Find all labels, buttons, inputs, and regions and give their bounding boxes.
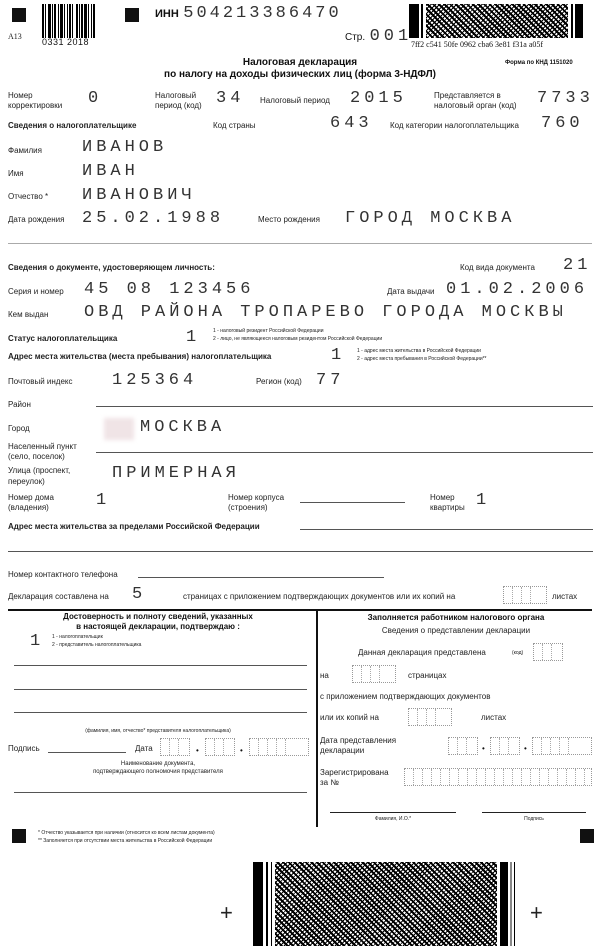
tax-period-label: Налоговый период — [260, 96, 330, 106]
locality-label-2: (село, поселок) — [8, 452, 65, 462]
date-month-input[interactable] — [205, 738, 235, 756]
submit-date-day-input[interactable] — [448, 737, 478, 755]
section-divider — [8, 609, 592, 611]
postal-value: 125364 — [112, 371, 197, 390]
birthdate-label: Дата рождения — [8, 215, 64, 225]
region-label: Регион (код) — [256, 377, 302, 387]
city-label: Город — [8, 424, 30, 434]
status-value: 1 — [186, 328, 200, 347]
inn-label: ИНН — [155, 8, 179, 20]
copies-count-input[interactable] — [408, 708, 452, 726]
code-label: (код) — [512, 650, 523, 656]
doc-name-line — [14, 792, 307, 793]
date-label: Дата — [135, 744, 153, 754]
crosshair-right-icon: + — [530, 902, 543, 924]
apartment-value: 1 — [476, 491, 490, 510]
foreign-address-line-1 — [300, 529, 593, 530]
address-type-label: Адрес места жительства (места пребывания… — [8, 352, 271, 362]
issued-by-label: Кем выдан — [8, 310, 48, 320]
name-value: ИВАН — [82, 162, 139, 181]
rep-line-2 — [14, 689, 307, 690]
tax-period-value: 2015 — [350, 89, 407, 108]
issued-by-value: ОВД РАЙОНА ТРОПАРЕВО ГОРОДА МОСКВЫ — [84, 303, 567, 322]
pages-suffix: страницах с приложением подтверждающих д… — [183, 592, 455, 602]
pdf417-barcode — [253, 862, 515, 946]
signature-label: Подпись — [8, 744, 40, 754]
birthplace-label: Место рождения — [258, 215, 320, 225]
document-subtitle: по налогу на доходы физических лиц (форм… — [0, 69, 600, 80]
correction-label: Номер корректировки — [8, 91, 78, 111]
office-pages-label: страницах — [408, 671, 446, 681]
copies-label: или их копий на — [320, 713, 379, 723]
street-label-1: Улица (проспект, — [8, 466, 70, 476]
period-code-label: Налоговый период (код) — [155, 91, 210, 111]
district-line — [96, 406, 593, 407]
crosshair-left-icon: + — [220, 902, 233, 924]
pages-value: 5 — [132, 585, 146, 604]
doc-name-label-1: Наименование документа, — [8, 760, 308, 768]
date-separator: • — [482, 744, 485, 753]
attach-label: с приложением подтверждающих документов — [320, 692, 490, 702]
issue-date-label: Дата выдачи — [387, 287, 435, 297]
street-label-2: переулок) — [8, 477, 45, 487]
tax-authority-label: Представляется в налоговый орган (код) — [434, 91, 534, 111]
sign-line — [482, 812, 586, 813]
submit-date-label-1: Дата представления — [320, 736, 396, 746]
barcode-number: 0331 2018 — [42, 38, 106, 47]
phone-label: Номер контактного телефона — [8, 570, 118, 580]
divider — [8, 243, 592, 244]
submit-date-year-input[interactable] — [532, 737, 592, 755]
qr-barcode — [409, 4, 583, 38]
building-label-2: (строения) — [228, 503, 268, 513]
reg-label-1: Зарегистрирована — [320, 768, 389, 778]
status-option-2: 2 - лицо, не являющееся налоговым резиде… — [213, 336, 382, 342]
barcode: 0331 2018 — [42, 4, 106, 46]
inn-field: ИНН 504213386470 — [155, 4, 342, 23]
apartment-label-2: квартиры — [430, 503, 465, 513]
region-value: 77 — [316, 371, 344, 390]
page-number-field: Стр. 001 — [345, 27, 412, 46]
alignment-marker-top-center — [125, 8, 139, 22]
birthplace-value: ГОРОД МОСКВА — [345, 209, 515, 228]
address-type-value: 1 — [331, 346, 345, 365]
page-label: Стр. — [345, 32, 365, 43]
patronymic-label: Отчество * — [8, 192, 48, 202]
submission-code-input[interactable] — [533, 643, 563, 661]
street-value: ПРИМЕРНАЯ — [112, 464, 240, 483]
office-sheets-label: листах — [481, 713, 506, 723]
building-label-1: Номер корпуса — [228, 493, 284, 503]
sheets-input[interactable] — [503, 586, 547, 604]
submit-date-label-2: декларации — [320, 746, 364, 756]
status-label: Статус налогоплательщика — [8, 334, 117, 344]
issue-date-value: 01.02.2006 — [446, 280, 588, 299]
city-value: МОСКВА — [140, 418, 225, 437]
name-label: Имя — [8, 169, 24, 179]
district-label: Район — [8, 400, 31, 410]
inn-value: 504213386470 — [183, 4, 341, 23]
alignment-marker-bottom-left — [12, 829, 26, 843]
confirm-option-1: 1 - налогоплательщик — [52, 634, 103, 640]
birthdate-value: 25.02.1988 — [82, 209, 224, 228]
pages-count-input[interactable] — [352, 665, 396, 683]
corner-code: A13 — [8, 32, 22, 42]
foreign-address-label: Адрес места жительства за пределами Росс… — [8, 522, 260, 532]
locality-line — [96, 452, 593, 453]
date-year-input[interactable] — [249, 738, 309, 756]
confirm-option-2: 2 - представитель налогоплательщика — [52, 642, 141, 648]
sheets-label: листах — [552, 592, 577, 602]
category-value: 760 — [541, 114, 584, 133]
surname-value: ИВАНОВ — [82, 138, 167, 157]
doc-type-label: Код вида документа — [460, 263, 535, 273]
rep-caption: (фамилия, имя, отчество* представителя н… — [8, 728, 308, 734]
confirm-value: 1 — [30, 632, 44, 651]
footnote-1: * Отчество указывается при наличии (отно… — [38, 830, 215, 836]
rep-line-1 — [14, 665, 307, 666]
submitted-label: Данная декларация представлена — [358, 648, 486, 658]
date-separator: • — [196, 746, 199, 755]
footnote-2: ** Заполняется при отсутствии места жите… — [38, 838, 212, 844]
fio-line — [330, 812, 456, 813]
submit-date-month-input[interactable] — [490, 737, 520, 755]
series-label: Серия и номер — [8, 287, 64, 297]
country-code-label: Код страны — [213, 121, 256, 131]
category-label: Код категории налогоплательщика — [390, 121, 519, 131]
pages-label: Декларация составлена на — [8, 592, 109, 602]
series-value: 45 08 123456 — [84, 280, 254, 299]
house-value: 1 — [96, 491, 110, 510]
correction-value: 0 — [88, 89, 102, 108]
fio-caption: Фамилия, И.О.* — [330, 816, 456, 822]
confirm-title-2: в настоящей декларации, подтверждаю : — [8, 622, 308, 631]
alignment-marker-bottom-right — [580, 829, 594, 843]
redacted-area — [104, 418, 134, 440]
doc-name-label-2: подтверждающего полномочия представителя — [8, 768, 308, 776]
sign-caption: Подпись — [482, 816, 586, 822]
doc-type-value: 21 — [563, 256, 591, 275]
office-subtitle: Сведения о представлении декларации — [320, 626, 592, 636]
phone-line — [138, 577, 384, 578]
locality-label-1: Населенный пункт — [8, 442, 77, 452]
page-value: 001 — [370, 27, 413, 46]
reg-label-2: за № — [320, 778, 339, 788]
tax-authority-value: 7733 — [537, 89, 594, 108]
column-divider — [316, 609, 318, 827]
building-line — [300, 502, 405, 503]
foreign-address-line-2 — [8, 551, 593, 552]
on-label: на — [320, 671, 329, 681]
signature-line[interactable] — [48, 752, 126, 753]
document-title: Налоговая декларация — [0, 57, 600, 68]
country-code-value: 643 — [330, 114, 373, 133]
qr-code-text: 7ff2 c541 50fe 0962 cba6 3e81 f31a a05f — [411, 40, 543, 49]
confirm-title-1: Достоверность и полноту сведений, указан… — [8, 612, 308, 621]
id-section-title: Сведения о документе, удостоверяющем лич… — [8, 263, 215, 273]
rep-line-3 — [14, 712, 307, 713]
house-label-1: Номер дома — [8, 493, 54, 503]
alignment-marker-top-left — [12, 8, 26, 22]
status-option-1: 1 - налоговый резидент Российской Федера… — [213, 328, 324, 334]
office-title: Заполняется работником налогового органа — [320, 613, 592, 622]
date-separator: • — [524, 744, 527, 753]
date-separator: • — [240, 746, 243, 755]
address-type-option-1: 1 - адрес места жительства в Российской … — [357, 348, 481, 354]
surname-label: Фамилия — [8, 146, 42, 156]
period-code-value: 34 — [216, 89, 244, 108]
taxpayer-section-title: Сведения о налогоплательщике — [8, 121, 136, 131]
apartment-label-1: Номер — [430, 493, 455, 503]
patronymic-value: ИВАНОВИЧ — [82, 186, 196, 205]
postal-label: Почтовый индекс — [8, 377, 73, 387]
address-type-option-2: 2 - адрес места пребывания в Российской … — [357, 356, 487, 362]
date-day-input[interactable] — [160, 738, 190, 756]
house-label-2: (владения) — [8, 503, 49, 513]
registration-number-input[interactable] — [404, 768, 592, 786]
